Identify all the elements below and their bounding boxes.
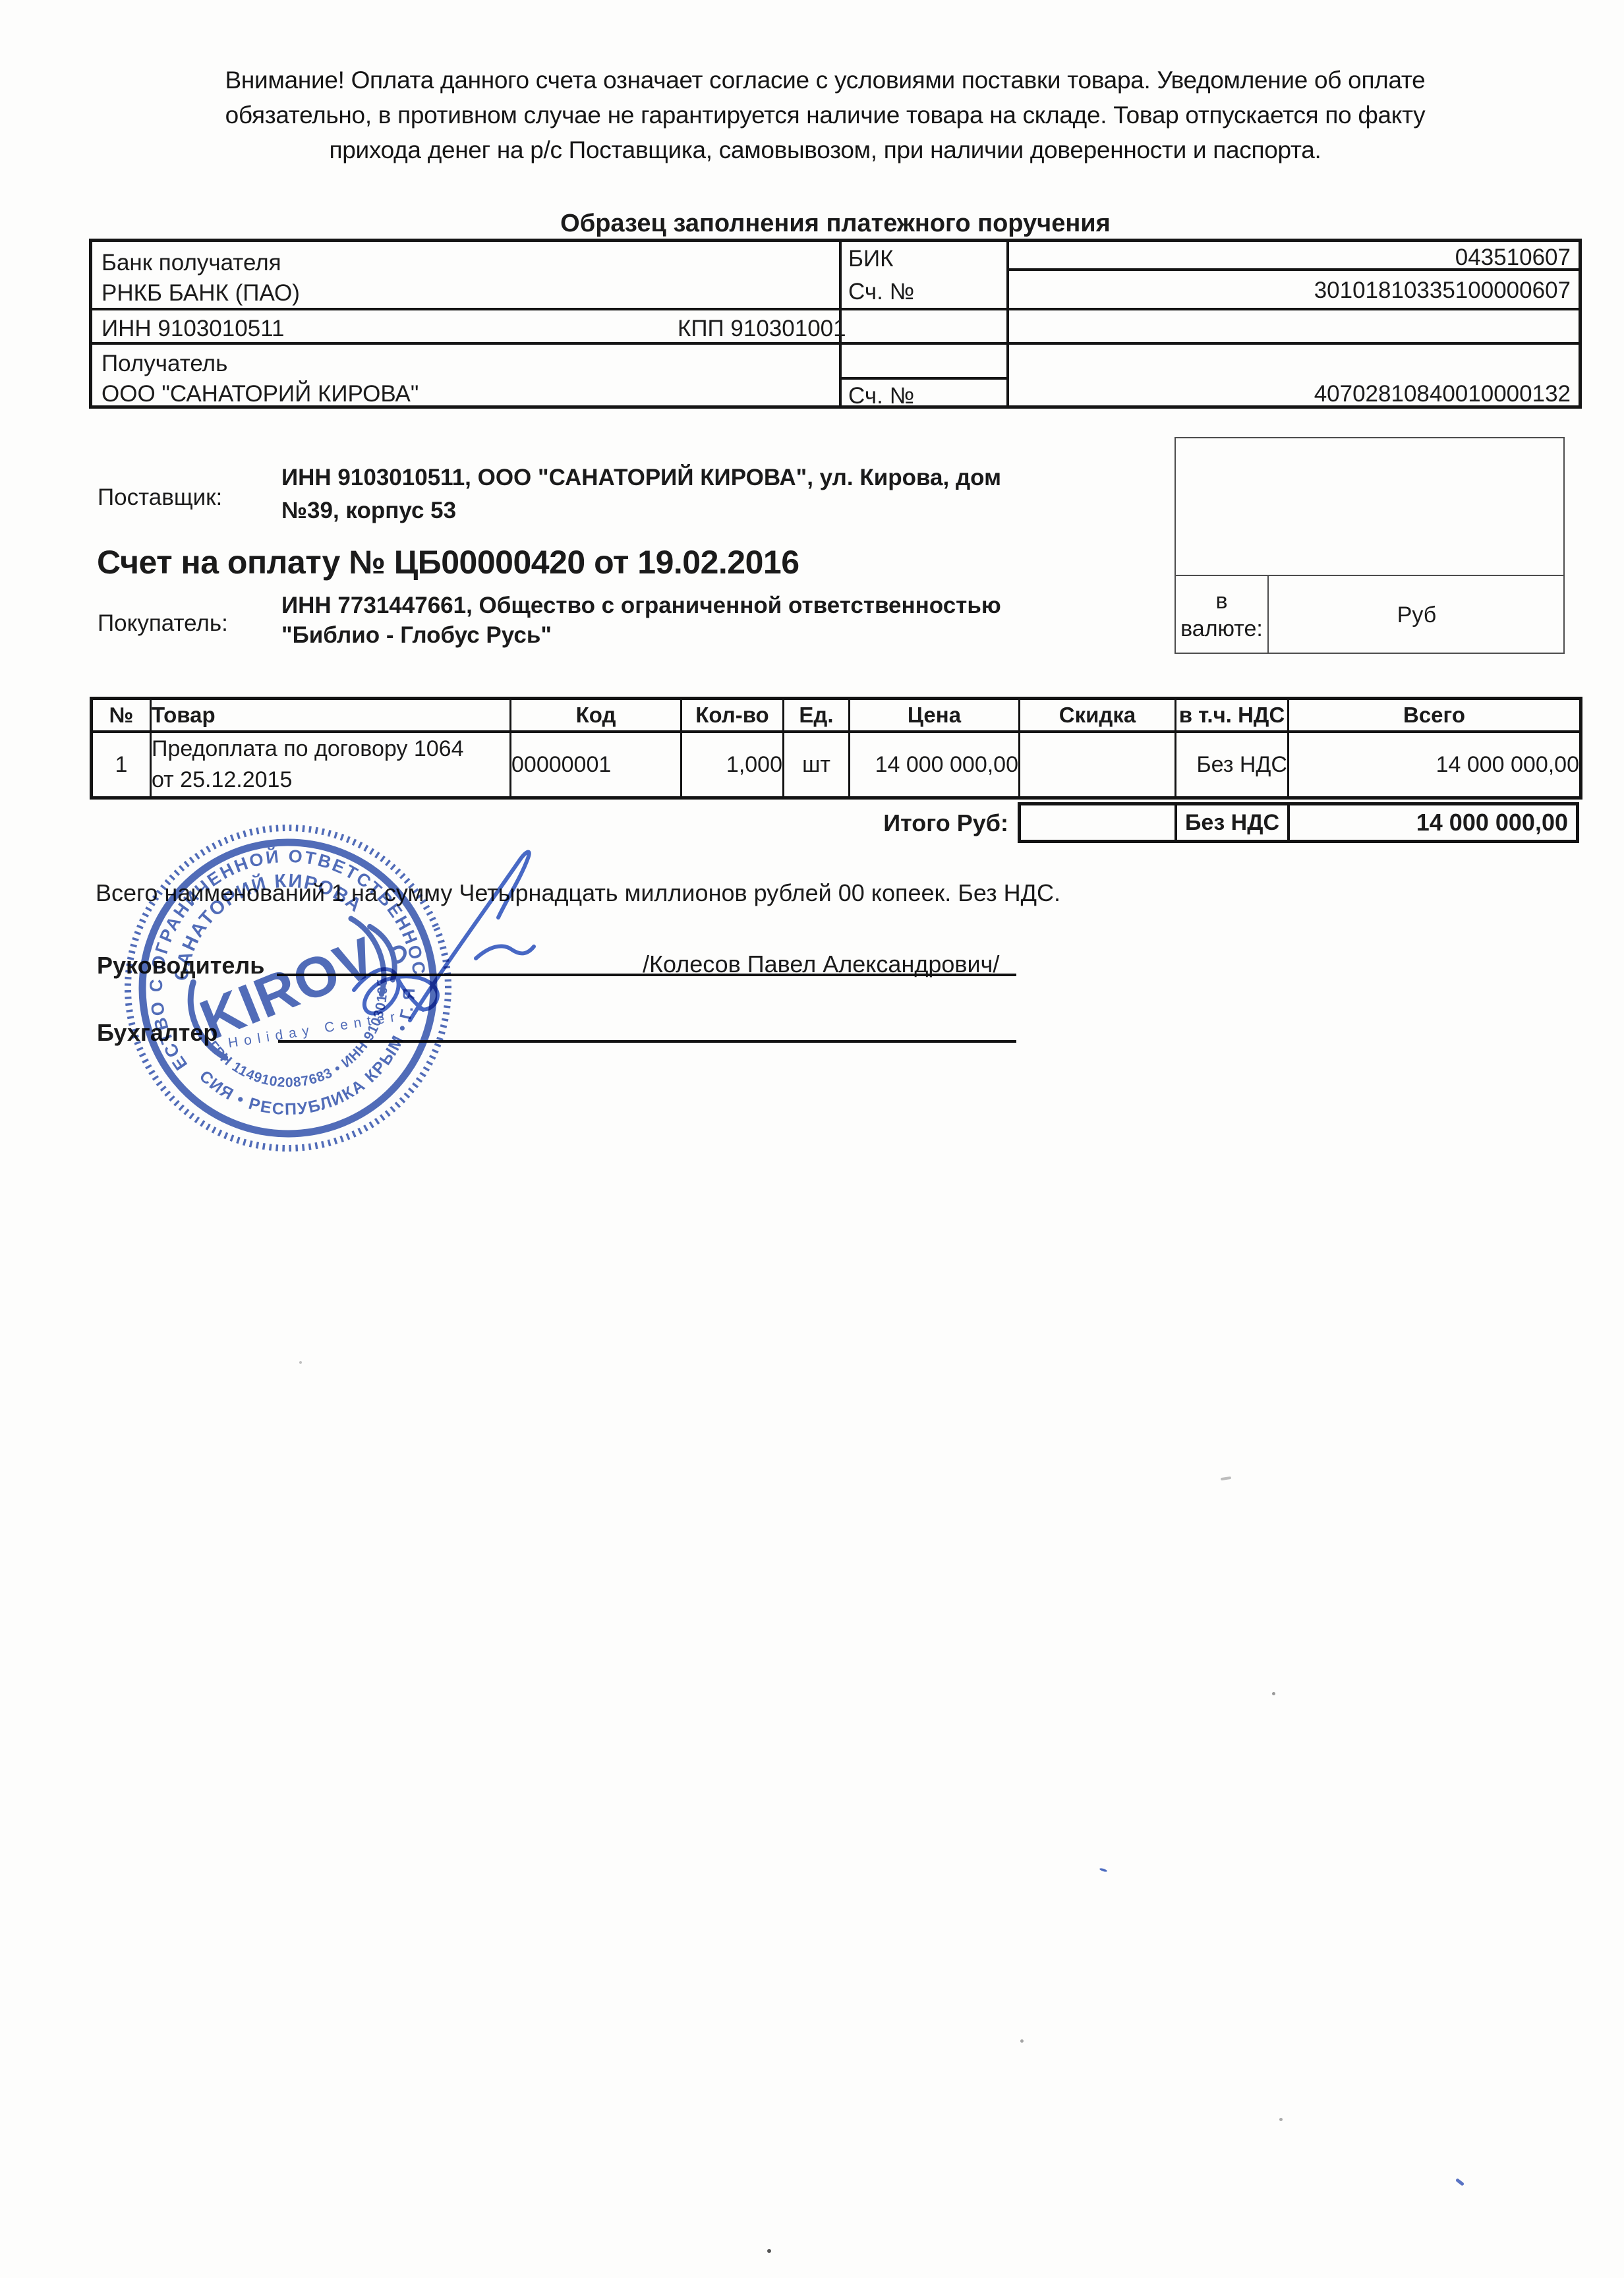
- col-vat: в т.ч. НДС: [1176, 699, 1289, 732]
- col-code: Код: [511, 699, 681, 732]
- item-qty: 1,000: [681, 732, 784, 798]
- scan-speck: [1221, 1476, 1231, 1480]
- item-row: 1 Предоплата по договору 1064 от 25.12.2…: [92, 732, 1581, 798]
- item-code: 00000001: [511, 732, 681, 798]
- col-unit: Ед.: [784, 699, 850, 732]
- total-box: Без НДС 14 000 000,00: [1018, 802, 1579, 843]
- supplier-inn: ИНН 9103010511: [101, 316, 285, 342]
- corr-account-label: Сч. №: [848, 279, 914, 305]
- recipient-bank-label: Банк получателя: [101, 250, 281, 276]
- currency-value: Руб: [1269, 576, 1565, 654]
- scan-speck: [1020, 2039, 1024, 2043]
- director-autograph: [316, 831, 606, 1048]
- scan-speck: [1272, 1692, 1275, 1695]
- col-name: Товар: [151, 699, 511, 732]
- col-discount: Скидка: [1020, 699, 1176, 732]
- bank-table-rule-acc: [839, 377, 1006, 380]
- buyer-value: ИНН 7731447661, Общество с ограниченной …: [281, 591, 1046, 650]
- recipient-label: Получатель: [101, 351, 227, 377]
- col-price: Цена: [850, 699, 1020, 732]
- supplier-value: ИНН 9103010511, ООО "САНАТОРИЙ КИРОВА", …: [281, 461, 1026, 527]
- corr-account-value: 30101810335100000607: [1314, 277, 1571, 304]
- bik-label: БИК: [848, 246, 894, 272]
- total-vat: Без НДС: [1177, 805, 1287, 840]
- scan-speck: [299, 1361, 302, 1364]
- payment-order-sample-title: Образец заполнения платежного поручения: [89, 210, 1582, 238]
- bik-value: 043510607: [1455, 245, 1571, 271]
- account-label: Сч. №: [848, 383, 914, 409]
- scan-speck: [1455, 2178, 1464, 2186]
- invoice-title: Счет на оплату № ЦБ00000420 от 19.02.201…: [97, 543, 799, 581]
- total-label: Итого Руб:: [751, 809, 1008, 837]
- total-sum: 14 000 000,00: [1290, 805, 1576, 840]
- recipient-name: ООО "САНАТОРИЙ КИРОВА": [101, 381, 419, 407]
- col-total: Всего: [1289, 699, 1581, 732]
- item-price: 14 000 000,00: [850, 732, 1020, 798]
- payment-warning-text: Внимание! Оплата данного счета означает …: [202, 63, 1448, 167]
- item-total: 14 000 000,00: [1289, 732, 1581, 798]
- autograph-stroke-tail: [397, 977, 423, 1010]
- currency-label: в валюте:: [1176, 576, 1267, 654]
- supplier-kpp: КПП 910301001: [678, 316, 846, 342]
- scan-speck: [1099, 1867, 1108, 1873]
- item-name-text: Предоплата по договору 1064 от 25.12.201…: [152, 734, 468, 796]
- supplier-label: Поставщик:: [98, 484, 222, 511]
- item-name: Предоплата по договору 1064 от 25.12.201…: [151, 732, 511, 798]
- col-qty: Кол-во: [681, 699, 784, 732]
- item-num: 1: [92, 732, 151, 798]
- bank-requisites-table: Банк получателя РНКБ БАНК (ПАО) ИНН 9103…: [89, 239, 1582, 409]
- item-vat: Без НДС: [1176, 732, 1289, 798]
- currency-box: в валюте: Руб: [1174, 437, 1565, 654]
- items-table: № Товар Код Кол-во Ед. Цена Скидка в т.ч…: [90, 697, 1582, 800]
- col-num: №: [92, 699, 151, 732]
- bank-table-divider-2: [1006, 242, 1009, 405]
- buyer-label: Покупатель:: [98, 610, 228, 637]
- items-header-row: № Товар Код Кол-во Ед. Цена Скидка в т.ч…: [92, 699, 1581, 732]
- autograph-stroke-flourish: [476, 946, 534, 958]
- item-discount: [1020, 732, 1176, 798]
- scan-speck: [767, 2249, 771, 2253]
- recipient-bank-name: РНКБ БАНК (ПАО): [101, 280, 300, 307]
- bank-table-rule-1: [92, 308, 1579, 310]
- scan-speck: [1279, 2118, 1283, 2121]
- item-unit: шт: [784, 732, 850, 798]
- autograph-stroke-main: [410, 852, 529, 1020]
- account-value: 40702810840010000132: [1314, 381, 1571, 407]
- bank-table-rule-2: [92, 342, 1579, 345]
